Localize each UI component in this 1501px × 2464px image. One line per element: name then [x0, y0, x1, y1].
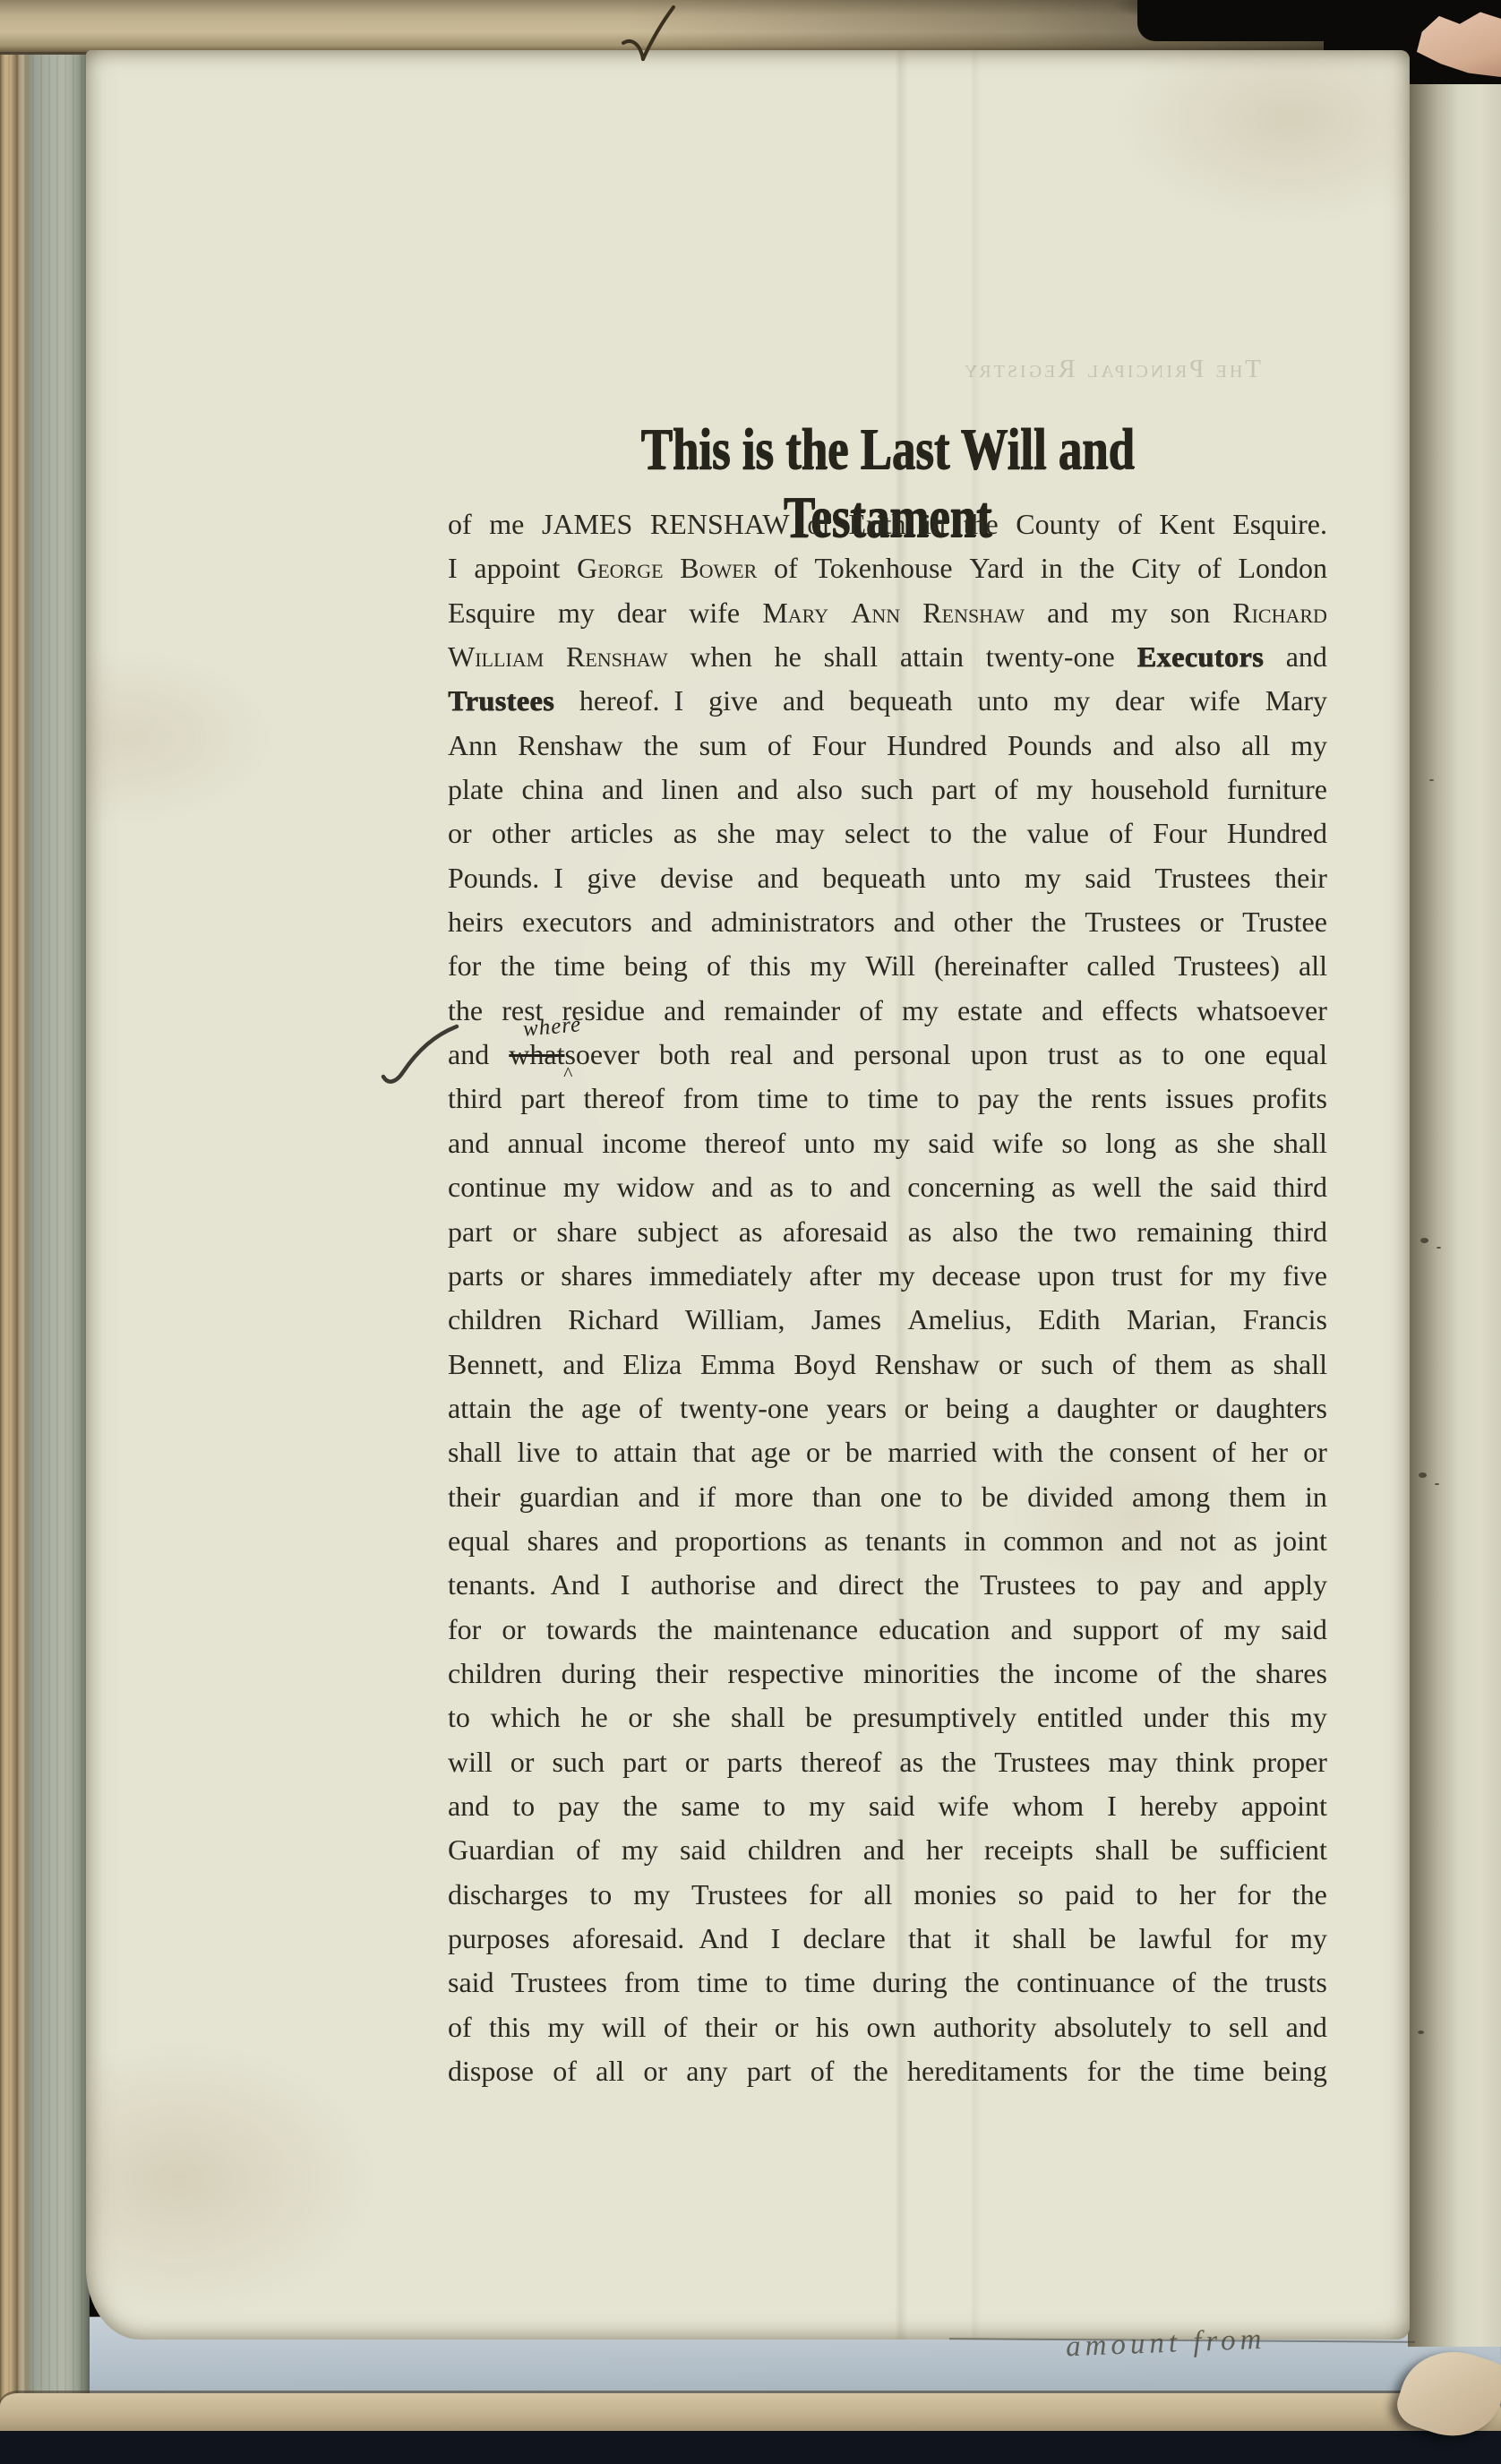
- word: subject: [638, 1210, 719, 1254]
- word: Ann: [448, 724, 497, 768]
- word: Guardian: [448, 1828, 554, 1872]
- word: being: [946, 1387, 1009, 1430]
- word: in: [923, 502, 946, 546]
- will-text-lines: ofmeJAMESRENSHAWofErithintheCountyofKent…: [448, 502, 1327, 2093]
- word: it: [974, 1917, 990, 1961]
- word: a: [1026, 1387, 1039, 1430]
- word: or: [775, 2005, 799, 2049]
- word: said: [1210, 1165, 1257, 1209]
- word: Pounds. I: [448, 856, 563, 900]
- text-line: disposeofalloranypartofthehereditamentsf…: [448, 2049, 1327, 2093]
- word: of: [553, 2049, 577, 2093]
- word: bequeath: [849, 679, 953, 723]
- word: unto: [977, 679, 1028, 723]
- word: of: [811, 2049, 835, 2093]
- word: respective: [728, 1652, 845, 1696]
- word: concerning: [907, 1165, 1034, 1209]
- word: my: [902, 989, 939, 1033]
- word: direct: [838, 1563, 904, 1607]
- word: to: [512, 1784, 535, 1828]
- word: and: [639, 1475, 680, 1519]
- word: hereof. I: [579, 679, 683, 723]
- word: Trustees: [691, 1873, 787, 1917]
- text-line: andtopaythesametomysaidwifewhomIherebyap…: [448, 1784, 1327, 1828]
- word: any: [686, 2049, 727, 2093]
- word: other: [492, 811, 551, 855]
- word: in: [964, 1519, 986, 1563]
- word: tenants. And: [448, 1563, 600, 1607]
- word: part: [448, 1210, 493, 1254]
- word: to: [1189, 2005, 1212, 2049]
- word: Renshaw: [566, 635, 668, 679]
- word: thereof: [705, 1121, 786, 1165]
- word: the: [657, 1608, 692, 1652]
- will-page: The Principal Registry This is the Last …: [86, 50, 1410, 2340]
- word: give: [708, 679, 758, 723]
- word: said: [1281, 1608, 1327, 1652]
- text-line: willorsuchpartorpartsthereofastheTrustee…: [448, 1740, 1327, 1784]
- word: select: [845, 811, 910, 855]
- word: for: [809, 1873, 842, 1917]
- word: Richard: [1232, 591, 1327, 635]
- word: Esquire: [448, 591, 536, 635]
- word: my: [873, 1121, 910, 1165]
- word: he: [580, 1696, 607, 1739]
- word: William: [448, 635, 544, 679]
- text-line: Pounds. Igivedeviseandbequeathuntomysaid…: [448, 856, 1327, 900]
- word: administrators: [711, 900, 875, 944]
- word: Trustee: [1242, 900, 1327, 944]
- text-line: IappointGeorgeBowerofTokenhouseYardinthe…: [448, 546, 1327, 590]
- word: aforesaid. And: [572, 1917, 748, 1961]
- word: to: [811, 1165, 833, 1209]
- word: may: [776, 811, 825, 855]
- text-line: orotherarticlesasshemayselecttothevalueo…: [448, 811, 1327, 855]
- word: twenty-one: [986, 635, 1115, 679]
- word: executors: [522, 900, 632, 944]
- word: for: [448, 1608, 481, 1652]
- word: of: [576, 1828, 600, 1872]
- text-line: attaintheageoftwenty-oneyearsorbeingadau…: [448, 1387, 1327, 1430]
- word: the: [529, 1387, 564, 1430]
- word: proportions: [674, 1519, 807, 1563]
- word: and: [737, 768, 778, 811]
- word: James: [811, 1298, 881, 1342]
- word: whatsoever: [1197, 989, 1327, 1033]
- word: will: [448, 1740, 493, 1784]
- word: during: [872, 1961, 948, 2005]
- word: wife: [992, 1121, 1043, 1165]
- word: of: [448, 2005, 472, 2049]
- word: their: [705, 2005, 758, 2049]
- word: be: [982, 1475, 1008, 1519]
- word: the: [1213, 1961, 1248, 2005]
- word: effects: [1102, 989, 1178, 1033]
- word: other: [954, 900, 1013, 944]
- word: said: [448, 1961, 494, 2005]
- text-line: towhichheorsheshallbepresumptivelyentitl…: [448, 1696, 1327, 1739]
- word: such: [1041, 1343, 1094, 1387]
- word: he: [775, 635, 802, 679]
- word: children: [448, 1298, 542, 1342]
- word: share: [557, 1210, 618, 1254]
- word: Hundred: [887, 724, 987, 768]
- word: whom: [1012, 1784, 1084, 1828]
- word: in: [1041, 546, 1063, 590]
- word: from: [624, 1961, 680, 2005]
- word: during: [562, 1652, 637, 1696]
- word: the: [500, 944, 535, 988]
- word: will: [602, 2005, 647, 2049]
- word: children: [748, 1828, 842, 1872]
- word: and: [1202, 1563, 1243, 1607]
- word: think: [1176, 1740, 1235, 1784]
- text-line: dischargestomyTrusteesforallmoniessopaid…: [448, 1873, 1327, 1917]
- word: all: [596, 2049, 624, 2093]
- top-edge-ink-mark-icon: [616, 2, 697, 66]
- word: their: [448, 1475, 501, 1519]
- word: Boyd: [793, 1343, 855, 1387]
- word: being: [624, 944, 688, 988]
- backdrop-bottom: [0, 2431, 1501, 2464]
- word: said: [1085, 856, 1131, 900]
- word: as: [739, 1210, 763, 1254]
- word: of: [448, 502, 472, 546]
- word: third: [1274, 1210, 1327, 1254]
- word: rents: [1091, 1077, 1146, 1120]
- word: my: [1111, 591, 1148, 635]
- word: and: [863, 1828, 905, 1872]
- word: if: [699, 1475, 716, 1519]
- word: as: [769, 1165, 793, 1209]
- inserted-word: where: [521, 1002, 583, 1052]
- word: their: [1274, 856, 1327, 900]
- word: the: [853, 2049, 888, 2093]
- word: shares: [1256, 1652, 1327, 1696]
- word: the: [999, 1652, 1034, 1696]
- word: attain: [900, 635, 964, 679]
- word: as: [1174, 1121, 1198, 1165]
- word: remainder: [724, 989, 840, 1033]
- word: time: [554, 944, 605, 988]
- word: the: [1038, 1077, 1073, 1120]
- margin-tick-icon: [374, 1023, 464, 1086]
- word: twenty-one: [680, 1387, 809, 1430]
- word: absolutely: [1054, 2005, 1172, 2049]
- word: attain: [448, 1387, 511, 1430]
- word: and: [602, 768, 643, 811]
- word: and: [793, 1033, 834, 1077]
- word: estate: [957, 989, 1023, 1033]
- word: and: [1112, 724, 1154, 768]
- text-line: forortowardsthemaintenanceeducationandsu…: [448, 1608, 1327, 1652]
- word: Amelius,: [907, 1298, 1011, 1342]
- word: of: [1212, 1430, 1236, 1474]
- word: Trustees: [511, 1961, 607, 2005]
- word: or: [502, 1608, 526, 1652]
- word: the: [1018, 1210, 1053, 1254]
- word: issues: [1165, 1077, 1233, 1120]
- word: hereby: [1140, 1784, 1218, 1828]
- word: and: [448, 1784, 489, 1828]
- word: with: [992, 1430, 1043, 1474]
- word: entitled: [1037, 1696, 1123, 1739]
- word: real: [730, 1033, 773, 1077]
- word: married: [888, 1430, 977, 1474]
- word: so: [1061, 1121, 1086, 1165]
- word: one: [880, 1475, 922, 1519]
- word: may: [1109, 1740, 1158, 1784]
- word: or: [643, 2049, 667, 2093]
- word: plate: [448, 768, 503, 811]
- word: Kent: [1159, 502, 1214, 546]
- text-line: heirsexecutorsandadministratorsandothert…: [448, 900, 1327, 944]
- word: time: [868, 1077, 919, 1120]
- text-line: thirdpartthereoffromtimetotimetopaythere…: [448, 1077, 1327, 1120]
- word: my: [1053, 679, 1090, 723]
- word: wife: [938, 1784, 989, 1828]
- word: pay: [558, 1784, 599, 1828]
- word: immediately: [649, 1254, 793, 1298]
- word: profits: [1252, 1077, 1327, 1120]
- word: of: [768, 724, 792, 768]
- word: Yard: [969, 546, 1024, 590]
- word: income: [602, 1121, 686, 1165]
- word: of: [807, 502, 831, 546]
- word: son: [1171, 591, 1210, 635]
- word: daughter: [1057, 1387, 1157, 1430]
- word: the: [1201, 1652, 1236, 1696]
- word: authorise: [651, 1563, 756, 1607]
- word: and: [757, 856, 798, 900]
- word: household: [1091, 768, 1209, 811]
- word: Emma: [700, 1343, 776, 1387]
- word: be: [805, 1696, 832, 1739]
- word: Four: [812, 724, 866, 768]
- word: and: [1286, 635, 1327, 679]
- word: minorities: [863, 1652, 980, 1696]
- word: of: [994, 768, 1018, 811]
- word: them: [1229, 1475, 1286, 1519]
- word: Renshaw: [875, 1343, 980, 1387]
- text-line: equalsharesandproportionsastenantsincomm…: [448, 1519, 1327, 1563]
- word: annual: [508, 1121, 584, 1165]
- text-line: andannualincomethereofuntomysaidwifesolo…: [448, 1121, 1327, 1165]
- word: such: [552, 1740, 605, 1784]
- word: trusts: [1265, 1961, 1327, 2005]
- word: or: [520, 1254, 545, 1298]
- word: Marian,: [1127, 1298, 1216, 1342]
- word: income: [1054, 1652, 1138, 1696]
- word: Esquire.: [1232, 502, 1327, 546]
- word: also: [952, 1210, 999, 1254]
- word: dispose: [448, 2049, 534, 2093]
- word: to: [589, 1873, 612, 1917]
- text-line: ofthismywilloftheirorhisownauthorityabso…: [448, 2005, 1327, 2049]
- word: Mary: [762, 591, 828, 635]
- word: said: [680, 1828, 726, 1872]
- word: not: [1179, 1519, 1216, 1563]
- word: authority: [933, 2005, 1037, 2049]
- word: as: [899, 1740, 923, 1784]
- word: Renshaw: [518, 724, 622, 768]
- word: Renshaw: [922, 591, 1025, 635]
- word: for: [1179, 1254, 1213, 1298]
- word: my: [558, 591, 595, 635]
- word: or: [512, 1210, 536, 1254]
- word: attain: [613, 1430, 677, 1474]
- word: and: [1121, 1519, 1162, 1563]
- word: children: [448, 1652, 542, 1696]
- word: discharges: [448, 1873, 568, 1917]
- word: appoint: [1241, 1784, 1327, 1828]
- word: dear: [617, 591, 666, 635]
- word: and: [711, 1165, 752, 1209]
- word: as: [1231, 1343, 1255, 1387]
- word: sell: [1229, 2005, 1268, 2049]
- word: of: [774, 546, 798, 590]
- word: the: [1079, 546, 1114, 590]
- word: she: [1216, 1121, 1255, 1165]
- word: being: [1264, 2049, 1327, 2093]
- word: Trustees: [1085, 900, 1180, 944]
- word: the: [1139, 2049, 1174, 2093]
- word: as: [908, 1210, 932, 1254]
- word: and: [783, 679, 824, 723]
- word: consent: [1109, 1430, 1197, 1474]
- word: called: [1086, 944, 1154, 988]
- word: be: [845, 1430, 872, 1474]
- word: shall: [448, 1430, 502, 1474]
- word: I: [771, 1917, 781, 1961]
- word: among: [1132, 1475, 1210, 1519]
- word: and: [651, 900, 692, 944]
- word: Eliza: [622, 1343, 682, 1387]
- photographed-register-page: The Principal Registry This is the Last …: [0, 0, 1501, 2464]
- word: the: [1031, 900, 1066, 944]
- right-page-stack-edge: [1408, 72, 1501, 2347]
- text-line: ofmeJAMESRENSHAWofErithintheCountyofKent…: [448, 502, 1327, 546]
- word: or: [999, 1343, 1023, 1387]
- word: of: [1112, 1343, 1136, 1387]
- word: RENSHAW: [650, 502, 790, 546]
- word: Francis: [1243, 1298, 1327, 1342]
- word: trust: [1111, 1254, 1162, 1298]
- insertion-caret: ^: [563, 1064, 572, 1084]
- word: also: [1175, 724, 1222, 768]
- word: of: [707, 944, 731, 988]
- word: my: [1025, 856, 1061, 900]
- word: declare: [803, 1917, 886, 1961]
- word: of: [1172, 1961, 1197, 2005]
- word: thereof: [801, 1740, 882, 1784]
- word: common: [1003, 1519, 1103, 1563]
- word: joint: [1274, 1519, 1327, 1563]
- word: age: [750, 1430, 790, 1474]
- word: more: [734, 1475, 793, 1519]
- word: guardian: [519, 1475, 620, 1519]
- word: my: [622, 1828, 658, 1872]
- word: also: [796, 768, 843, 811]
- word: shall: [1012, 1917, 1066, 1961]
- word: my: [1036, 768, 1073, 811]
- word: parts: [448, 1254, 503, 1298]
- word: Executors: [1137, 635, 1264, 679]
- word: my: [1291, 724, 1327, 768]
- text-line: partsorsharesimmediatelyaftermydeceaseup…: [448, 1254, 1327, 1298]
- word: or: [905, 1387, 929, 1430]
- word: or: [1303, 1430, 1327, 1474]
- word: this: [750, 944, 791, 988]
- word: value: [1027, 811, 1089, 855]
- text-line: Bennett,andElizaEmmaBoydRenshaworsuchoft…: [448, 1343, 1327, 1387]
- word: for: [1234, 1917, 1267, 1961]
- text-line: childrenRichardWilliam,JamesAmelius,Edit…: [448, 1298, 1327, 1342]
- word: the: [1292, 1873, 1327, 1917]
- word: said: [869, 1784, 915, 1828]
- word: his: [816, 2005, 849, 2049]
- word: me: [489, 502, 524, 546]
- word: said: [928, 1121, 974, 1165]
- word: trust: [1048, 1033, 1099, 1077]
- word: her: [1179, 1873, 1216, 1917]
- word: decease: [931, 1254, 1020, 1298]
- word: to: [763, 1784, 785, 1828]
- word: same: [681, 1784, 740, 1828]
- word: time: [804, 1961, 855, 2005]
- showthrough-mirrored-text: The Principal Registry: [937, 355, 1286, 384]
- word: Trustees: [994, 1740, 1090, 1784]
- word: well: [1093, 1165, 1142, 1209]
- text-line: theirguardianandifmorethanonetobedivided…: [448, 1475, 1327, 1519]
- word: JAMES: [542, 502, 632, 546]
- word: County: [1016, 502, 1100, 546]
- word: and: [849, 1165, 890, 1209]
- word: parts: [727, 1740, 783, 1784]
- word: and: [616, 1519, 657, 1563]
- word: the: [965, 1961, 999, 2005]
- word: and: [1042, 989, 1083, 1033]
- word: part: [931, 768, 976, 811]
- word: the: [972, 811, 1007, 855]
- word: remaining: [1136, 1210, 1253, 1254]
- word: tenants: [865, 1519, 947, 1563]
- word: live: [518, 1430, 561, 1474]
- word: monies: [913, 1873, 996, 1917]
- word: and: [562, 1343, 604, 1387]
- word: my: [633, 1873, 670, 1917]
- text-line: EsquiremydearwifeMaryAnnRenshawandmysonR…: [448, 591, 1327, 635]
- word: years: [827, 1387, 888, 1430]
- word: hereditaments: [907, 2049, 1068, 2093]
- word: my: [1223, 1608, 1260, 1652]
- word: of: [1179, 1608, 1204, 1652]
- word: of: [1118, 502, 1142, 546]
- word: purposes: [448, 1917, 550, 1961]
- word: this: [1229, 1696, 1270, 1739]
- word: my: [810, 944, 846, 988]
- word: Ann: [851, 591, 900, 635]
- text-line: childrenduringtheirrespectiveminoritiest…: [448, 1652, 1327, 1696]
- text-line: tenants. AndIauthoriseanddirecttheTruste…: [448, 1563, 1327, 1607]
- word: as: [1051, 1165, 1076, 1209]
- word: apply: [1264, 1563, 1327, 1607]
- word: part: [622, 1740, 667, 1784]
- word: equal: [448, 1519, 510, 1563]
- word: the: [1059, 1430, 1094, 1474]
- word: this: [489, 2005, 530, 2049]
- text-line: saidTrusteesfromtimetotimeduringtheconti…: [448, 1961, 1327, 2005]
